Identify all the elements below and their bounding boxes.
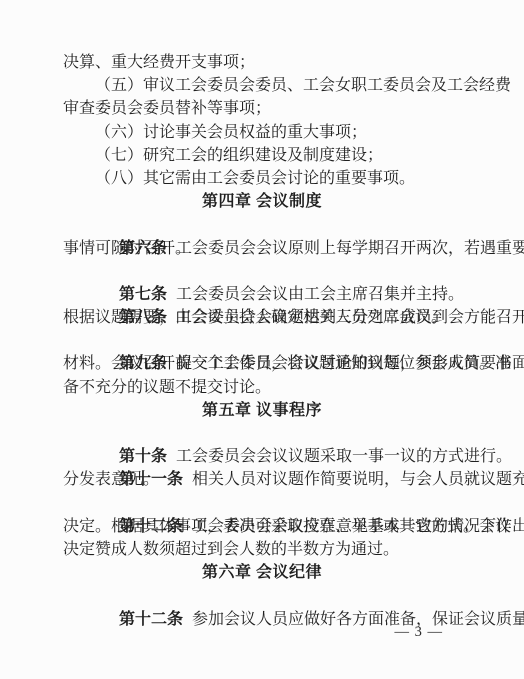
chapter-heading-6: 第六章 会议纪律 [63, 561, 461, 584]
doc-line-article-6: 第六条工会委员会会议原则上每学期召开两次，若遇重要 [63, 213, 461, 236]
document-body: 决算、重大经费开支事项； （五）审议工会委员会委员、工会女职工委员会及工会经费 … [63, 51, 461, 608]
doc-line: 决算、重大经费开支事项； [63, 51, 461, 74]
article-number: 第十二条 [119, 611, 183, 628]
doc-line-article-9: 第九条提交工会委员会会议讨论的议题，须形成简要书面 [63, 329, 461, 352]
doc-line: 材料。会议召开前一个工作日，将议题通知到每位参会人员。准 [63, 352, 461, 375]
doc-line-article-12b: 第十二条参加会议人员应做好各方面准备，保证会议质量， [63, 584, 461, 607]
doc-line: 根据议题需要，由会议主持人确定相关人员列席会议。 [63, 306, 461, 329]
article-text: 工会委员会会议由工会主席召集并主持。 [176, 286, 464, 303]
article-text: 工会委员会会议原则上每学期召开两次，若遇重要 [176, 240, 524, 257]
chapter-heading-5: 第五章 议事程序 [63, 399, 461, 422]
doc-line-article-10: 第十条工会委员会会议议题采取一事一议的方式进行。 [63, 422, 461, 445]
doc-line: 备不充分的议题不提交讨论。 [63, 376, 461, 399]
doc-line-article-7: 第七条工会委员会会议由工会主席召集并主持。 [63, 260, 461, 283]
article-text: 相关人员对议题作简要说明，与会人员就议题充 [192, 471, 524, 488]
doc-line-item-8: （八）其它需由工会委员会讨论的重要事项。 [63, 167, 461, 190]
article-text: 工会委员会会议议题采取一事一议的方式进行。 [176, 448, 512, 465]
doc-line-item-5: （五）审议工会委员会委员、工会女职工委员会及工会经费 [63, 74, 461, 97]
document-page: 决算、重大经费开支事项； （五）审议工会委员会委员、工会女职工委员会及工会经费 … [0, 0, 524, 679]
doc-line-article-12: 第十二条工会委员会会议应在意见基本一致的情况下作出 [63, 492, 461, 515]
page-number: — 3 — [395, 624, 444, 641]
article-text: 参加会议人员应做好各方面准备，保证会议质量， [192, 611, 524, 628]
article-number: 第十条 [119, 448, 167, 465]
chapter-heading-4: 第四章 会议制度 [63, 190, 461, 213]
doc-line: 审查委员会委员替补等事项； [63, 97, 461, 120]
doc-line-item-7: （七）研究工会的组织建设及制度建设； [63, 144, 461, 167]
doc-line-item-6: （六）讨论事关会员权益的重大事项； [63, 121, 461, 144]
doc-line: 决定赞成人数须超过到会人数的半数方为通过。 [63, 538, 461, 561]
doc-line: 决定。根据具体事项，表决可采取投票、举手或其它方式。会议 [63, 515, 461, 538]
article-number: 第七条 [119, 286, 167, 303]
